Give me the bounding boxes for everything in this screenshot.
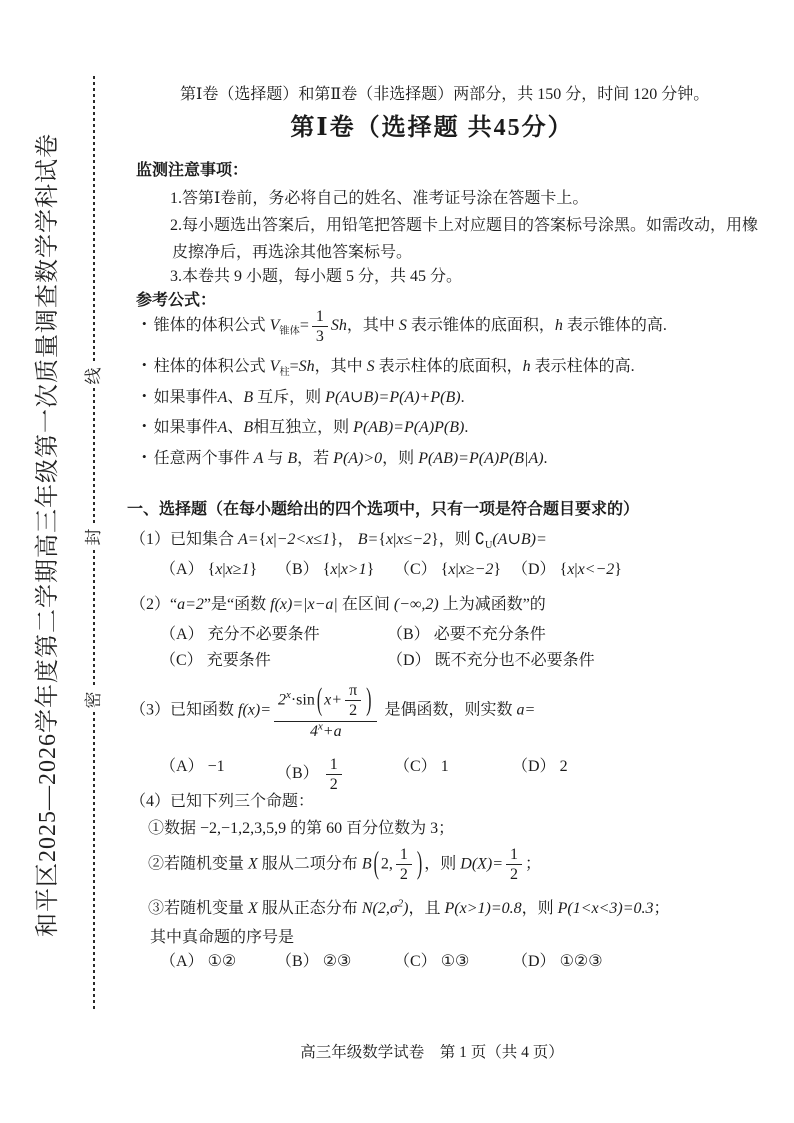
option-label: （B）	[276, 953, 319, 970]
q1-option-d: （D）{x|x<−2}	[512, 559, 622, 581]
q4-options-row: （A）①② （B）②③ （C）①③ （D）①②③	[110, 951, 754, 981]
seal-char-mi: 密	[82, 688, 106, 712]
notice-line-3: 3.本卷共 9 小题，每小题 5 分，共 45 分。	[110, 266, 794, 288]
sidebar-exam-title: 和平区2025—2026学年度第二学期高三年级第一次质量调查数学学科试卷	[27, 137, 63, 937]
option-value: ①②	[208, 953, 237, 970]
notice-line-2-wrap: 皮擦净后，再选涂其他答案标号。	[110, 242, 794, 264]
option-label: （D）	[387, 652, 431, 669]
q2-stem: （2）“a=2”是“函数 f(x)=|x−a| 在区间 (−∞,2) 上为减函数…	[110, 594, 774, 616]
option-value: ②③	[323, 953, 352, 970]
q4-tail: 其中真命题的序号是	[110, 927, 794, 949]
formula-text: 如果事件A、B 互斥，则 P(A∪B)=P(A)+P(B).	[154, 389, 465, 406]
notice-line-2: 2.每小题选出答案后，用铅笔把答题卡上对应题目的答案标号涂黑。如需改动，用橡	[110, 215, 794, 237]
q4-proposition-1: ①数据 −2,−1,2,3,5,9 的第 60 百分位数为 3；	[110, 818, 792, 840]
option-label: （A）	[160, 953, 204, 970]
notice-heading: 监测注意事项：	[110, 160, 780, 182]
bullet-icon: •	[142, 356, 147, 374]
q2-option-a: （A）充分不必要条件	[160, 624, 320, 646]
q4-option-d: （D）①②③	[512, 951, 603, 973]
q2-option-c: （C）充要条件	[160, 650, 271, 672]
option-label: （C）	[394, 561, 437, 578]
option-label: （B）	[387, 626, 430, 643]
formula-text: 如果事件A、B相互独立，则 P(AB)=P(A)P(B).	[154, 419, 469, 436]
q1-option-c: （C）{x|x≥−2}	[394, 559, 501, 581]
formula-text: 任意两个事件 A 与 B，若 P(A)>0，则 P(AB)=P(A)P(B|A)…	[154, 450, 548, 467]
formula-item-conditional: •任意两个事件 A 与 B，若 P(A)>0，则 P(AB)=P(A)P(B|A…	[110, 448, 786, 470]
formula-item-cone: •锥体的体积公式 V锥体=13Sh，其中 S 表示锥体的底面积，h 表示锥体的高…	[110, 308, 786, 346]
option-value: 2	[560, 758, 568, 775]
q1-option-a: （A）{x|x≥1}	[160, 559, 257, 581]
q3-stem: （3）已知函数 f(x)=2x·sin(x+π2)4x+a 是偶函数，则实数 a…	[110, 682, 774, 740]
option-value: ①②③	[560, 953, 603, 970]
option-value: 充分不必要条件	[208, 626, 320, 643]
option-label: （C）	[394, 953, 437, 970]
option-value: 12	[323, 765, 345, 782]
option-label: （D）	[512, 561, 556, 578]
page-title: 第Ⅰ卷（选择题 共45分）	[110, 112, 754, 144]
option-value: 充要条件	[207, 652, 271, 669]
seal-char-xian: 线	[82, 364, 106, 388]
option-label: （B）	[276, 561, 319, 578]
q2-option-d: （D）既不充分也不必要条件	[387, 650, 595, 672]
notice-line-1: 1.答第Ⅰ卷前，务必将自己的姓名、准考证号涂在答题卡上。	[110, 188, 794, 210]
option-label: （A）	[160, 561, 204, 578]
option-value: ①③	[441, 953, 470, 970]
option-label: （B）	[276, 765, 319, 782]
header-intro: 第Ⅰ卷（选择题）和第Ⅱ卷（非选择题）两部分，共 150 分，时间 120 分钟。	[110, 84, 794, 106]
option-value: 1	[441, 758, 449, 775]
q3-option-b: （B）12	[276, 756, 345, 794]
option-value: 既不充分也不必要条件	[435, 652, 595, 669]
bullet-icon: •	[142, 448, 147, 466]
footer-text: 高三年级数学试卷 第 1 页（共 4 页）	[110, 1040, 754, 1062]
q4-option-c: （C）①③	[394, 951, 469, 973]
option-value: −1	[208, 758, 225, 775]
bullet-icon: •	[142, 315, 147, 333]
formula-text: 柱体的体积公式 V柱=Sh，其中 S 表示柱体的底面积，h 表示柱体的高.	[154, 358, 635, 375]
option-label: （D）	[512, 953, 556, 970]
bullet-icon: •	[142, 417, 147, 435]
q3-option-c: （C）1	[394, 756, 449, 778]
q3-option-a: （A）−1	[160, 756, 225, 778]
formula-item-cylinder: •柱体的体积公式 V柱=Sh，其中 S 表示柱体的底面积，h 表示柱体的高.	[110, 356, 786, 378]
q1-stem: （1）已知集合 A={x|−2<x≤1}， B={x|x≤−2}，则 ∁U(A∪…	[110, 529, 774, 551]
q4-proposition-2: ②若随机变量 X 服从二项分布 B(2,12)，则 D(X)=12；	[110, 846, 792, 884]
q4-option-a: （A）①②	[160, 951, 236, 973]
option-label: （A）	[160, 758, 204, 775]
option-label: （C）	[160, 652, 203, 669]
option-label: （D）	[512, 758, 556, 775]
bullet-icon: •	[142, 387, 147, 405]
q4-option-b: （B）②③	[276, 951, 351, 973]
seal-char-feng: 封	[82, 525, 106, 549]
option-value: 必要不充分条件	[434, 626, 546, 643]
option-value: {x|x≥1}	[208, 561, 258, 578]
formula-text: 锥体的体积公式 V锥体=13Sh，其中 S 表示锥体的底面积，h 表示锥体的高.	[154, 317, 667, 334]
option-value: {x|x>1}	[323, 561, 375, 578]
q1-options-row: （A）{x|x≥1} （B）{x|x>1} （C）{x|x≥−2} （D）{x|…	[110, 559, 754, 589]
option-label: （C）	[394, 758, 437, 775]
option-value: {x|x<−2}	[560, 561, 622, 578]
mc-section-heading: 一、选择题（在每小题给出的四个选项中，只有一项是符合题目要求的）	[110, 499, 771, 521]
option-value: {x|x≥−2}	[441, 561, 501, 578]
q1-option-b: （B）{x|x>1}	[276, 559, 374, 581]
q2-options-row-2: （C）充要条件 （D）既不充分也不必要条件	[110, 650, 754, 680]
option-label: （A）	[160, 626, 204, 643]
formula-item-mutually-exclusive: •如果事件A、B 互斥，则 P(A∪B)=P(A)+P(B).	[110, 387, 786, 409]
formula-item-independent: •如果事件A、B相互独立，则 P(AB)=P(A)P(B).	[110, 417, 786, 439]
q2-option-b: （B）必要不充分条件	[387, 624, 546, 646]
exam-page: 和平区2025—2026学年度第二学期高三年级第一次质量调查数学学科试卷 线 封…	[0, 0, 794, 1123]
q3-option-d: （D）2	[512, 756, 568, 778]
q3-options-row: （A）−1 （B）12 （C）1 （D）2	[110, 756, 754, 786]
q4-stem: （4）已知下列三个命题：	[110, 791, 774, 813]
q4-proposition-3: ③若随机变量 X 服从正态分布 N(2,σ2)，且 P(x>1)=0.8，则 P…	[110, 898, 792, 920]
